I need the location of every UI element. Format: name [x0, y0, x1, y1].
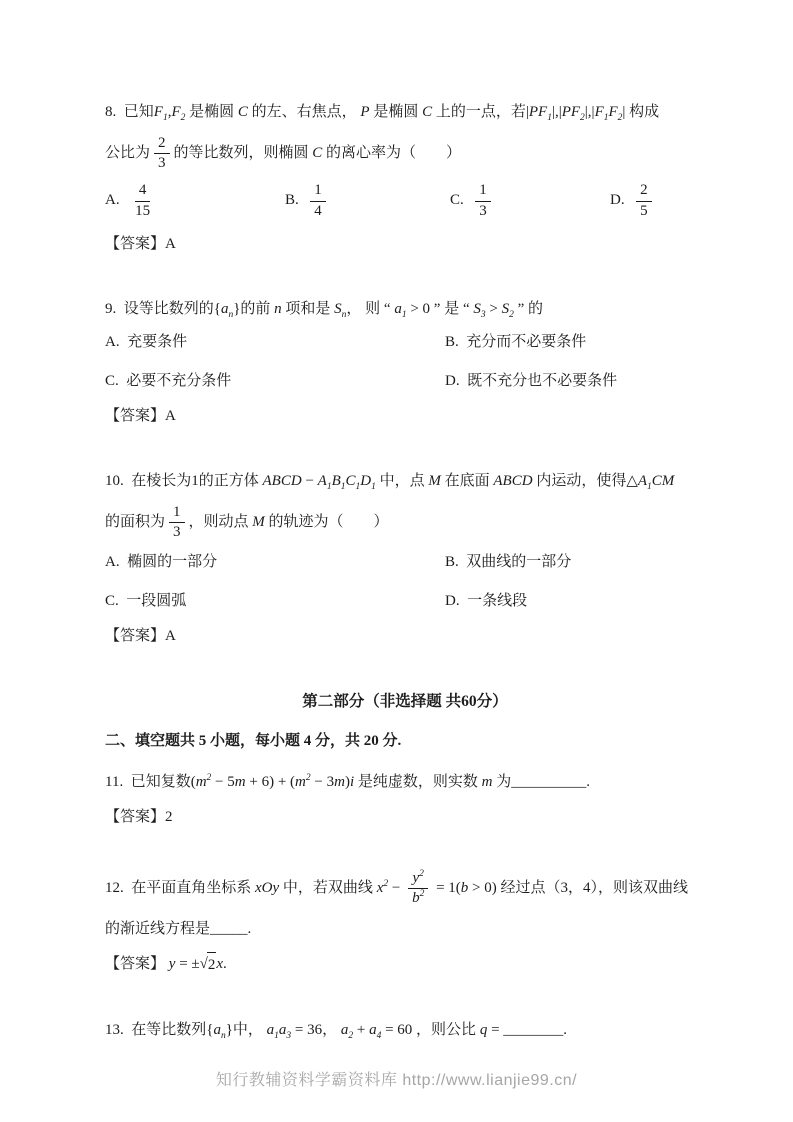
fraction: 13 — [475, 182, 491, 220]
math-var: CM — [652, 473, 675, 489]
subscript: 2 — [618, 113, 623, 123]
question-11-line-1: 11. 已知复数(m2 − 5m + 6) + (m2 − 3m)i 是纯虚数，… — [105, 770, 705, 795]
question-9-option-d: D. 既不充分也不必要条件 — [445, 370, 705, 393]
subscript: 3 — [481, 310, 486, 320]
question-13: 13. 在等比数列{an}中， a1a3 = 36， a2 + a4 = 60 … — [105, 1018, 705, 1043]
fraction-numerator: 1 — [310, 182, 326, 201]
fraction-denominator: 3 — [169, 523, 185, 541]
math-var: m — [196, 774, 207, 790]
subscript: n — [221, 1031, 226, 1041]
question-9-options: A. 充要条件 B. 充分而不必要条件 C. 必要不充分条件 D. 既不充分也不… — [105, 331, 705, 392]
question-9-option-a: A. 充要条件 — [105, 331, 445, 354]
fraction-numerator: 1 — [475, 182, 491, 201]
radical-body: 2 — [207, 952, 217, 978]
math-var: m — [482, 774, 493, 790]
math-var: b — [412, 890, 420, 906]
math-var: y — [169, 956, 176, 972]
math-var: xOy — [255, 880, 279, 896]
math-var: b — [461, 880, 469, 896]
fraction-numerator: 4 — [135, 182, 151, 201]
fraction: 415 — [131, 182, 154, 220]
question-8-option-d: D. 25 — [610, 182, 705, 220]
math-var: i — [350, 774, 354, 790]
question-10-option-b: B. 双曲线的一部分 — [445, 551, 705, 574]
subscript: 1 — [371, 482, 376, 492]
fraction-numerator: 2 — [636, 182, 652, 201]
exam-page: 8. 已知F1,F2 是椭圆 C 的左、右焦点， P 是椭圆 C 上的一点，若|… — [0, 0, 793, 1122]
question-8-answer: 【答案】A — [105, 232, 705, 257]
question-12-line-1: 12. 在平面直角坐标系 xOy 中，若双曲线 x2 − y2b2 = 1(b … — [105, 870, 705, 908]
question-10: 10. 在棱长为1的正方体 ABCD − A1B1C1D1 中，点 M 在底面 … — [105, 469, 705, 649]
superscript: 2 — [419, 869, 424, 879]
math-var: ABCD — [493, 473, 532, 489]
math-var: m — [295, 774, 306, 790]
fraction-denominator: 15 — [131, 202, 154, 220]
question-8: 8. 已知F1,F2 是椭圆 C 的左、右焦点， P 是椭圆 C 上的一点，若|… — [105, 100, 705, 257]
question-10-options: A. 椭圆的一部分 B. 双曲线的一部分 C. 一段圆弧 D. 一条线段 — [105, 551, 705, 612]
fraction-denominator: 4 — [310, 202, 326, 220]
superscript: 2 — [383, 879, 388, 889]
math-var: S — [473, 301, 481, 317]
fraction-denominator: 5 — [636, 202, 652, 220]
subscript: 4 — [377, 1031, 382, 1041]
question-10-line-2: 的面积为13，则动点 M 的轨迹为（ ） — [105, 504, 705, 542]
subscript: n — [228, 310, 233, 320]
question-9-option-b: B. 充分而不必要条件 — [445, 331, 705, 354]
fraction-numerator: 1 — [169, 504, 185, 523]
math-var: a — [394, 301, 402, 317]
fraction-denominator: 3 — [154, 154, 170, 172]
math-var: C — [422, 104, 432, 120]
subscript: 2 — [348, 1031, 353, 1041]
question-8-option-c: C. 13 — [450, 182, 610, 220]
math-var: S — [502, 301, 510, 317]
math-var: F — [171, 104, 180, 120]
fraction: 14 — [310, 182, 326, 220]
question-9-line-1: 9. 设等比数列的{an}的前 n 项和是 Sn， 则 “ a1 > 0 ” 是… — [105, 297, 705, 322]
math-var: D — [360, 473, 371, 489]
math-var: n — [274, 301, 282, 317]
fraction: y2b2 — [408, 870, 428, 908]
question-10-option-d: D. 一条线段 — [445, 590, 705, 613]
question-10-answer: 【答案】A — [105, 624, 705, 649]
math-var: P — [360, 104, 369, 120]
subscript: 1 — [402, 310, 407, 320]
math-var: M — [252, 514, 265, 530]
question-8-option-b: B. 14 — [285, 182, 450, 220]
math-var: A — [318, 473, 327, 489]
footer-watermark: 知行教辅资料学霸资料库 http://www.lianjie99.cn/ — [0, 1067, 793, 1090]
fraction: 23 — [154, 135, 170, 173]
question-8-line-1: 8. 已知F1,F2 是椭圆 C 的左、右焦点， P 是椭圆 C 上的一点，若|… — [105, 100, 705, 125]
question-8-option-a: A. 415 — [105, 182, 285, 220]
math-var: PF — [529, 104, 547, 120]
math-var: a — [213, 1022, 221, 1038]
subscript: 2 — [181, 113, 186, 123]
sqrt-radical: √2 — [200, 952, 217, 978]
math-var: ABCD — [263, 473, 302, 489]
fraction-denominator: 3 — [475, 202, 491, 220]
math-var: a — [369, 1022, 377, 1038]
subscript: 3 — [286, 1031, 291, 1041]
question-11: 11. 已知复数(m2 − 5m + 6) + (m2 − 3m)i 是纯虚数，… — [105, 770, 705, 830]
superscript: 2 — [306, 773, 311, 783]
fill-in-blank-header: 二、填空题共 5 小题，每小题 4 分，共 20 分. — [105, 729, 705, 750]
subscript: 1 — [547, 113, 552, 123]
math-var: F — [608, 104, 617, 120]
fraction-numerator: y2 — [408, 870, 427, 889]
fraction-denominator: b2 — [408, 889, 428, 907]
math-var: m — [334, 774, 345, 790]
question-8-line-2: 公比为23的等比数列，则椭圆 C 的离心率为（ ） — [105, 135, 705, 173]
math-var: F — [595, 104, 604, 120]
question-12: 12. 在平面直角坐标系 xOy 中，若双曲线 x2 − y2b2 = 1(b … — [105, 870, 705, 978]
subscript: 1 — [163, 113, 168, 123]
math-var: q — [480, 1022, 488, 1038]
fraction: 13 — [169, 504, 185, 542]
question-10-option-c: C. 一段圆弧 — [105, 590, 445, 613]
section-2-title: 第二部分（非选择题 共60分） — [105, 689, 705, 711]
question-9-option-c: C. 必要不充分条件 — [105, 370, 445, 393]
question-12-line-2: 的渐近线方程是_____. — [105, 917, 705, 942]
math-var: C — [238, 104, 248, 120]
fraction: 25 — [636, 182, 652, 220]
exam-content: 8. 已知F1,F2 是椭圆 C 的左、右焦点， P 是椭圆 C 上的一点，若|… — [105, 100, 705, 1082]
math-var: m — [235, 774, 246, 790]
question-9: 9. 设等比数列的{an}的前 n 项和是 Sn， 则 “ a1 > 0 ” 是… — [105, 297, 705, 430]
subscript: 2 — [580, 113, 585, 123]
math-var: x — [216, 956, 223, 972]
math-var: C — [346, 473, 356, 489]
question-13-line-1: 13. 在等比数列{an}中， a1a3 = 36， a2 + a4 = 60 … — [105, 1018, 705, 1043]
math-var: B — [332, 473, 341, 489]
math-var: PF — [562, 104, 580, 120]
math-var: F — [154, 104, 163, 120]
math-var: S — [334, 301, 342, 317]
math-var: A — [638, 473, 647, 489]
question-12-answer: 【答案】 y = ±√2x. — [105, 952, 705, 978]
question-10-line-1: 10. 在棱长为1的正方体 ABCD − A1B1C1D1 中，点 M 在底面 … — [105, 469, 705, 494]
question-9-answer: 【答案】A — [105, 404, 705, 429]
subscript: 2 — [509, 310, 514, 320]
fraction-numerator: 2 — [154, 135, 170, 154]
question-10-option-a: A. 椭圆的一部分 — [105, 551, 445, 574]
math-var: C — [312, 145, 322, 161]
superscript: 2 — [207, 773, 212, 783]
math-var: M — [428, 473, 441, 489]
question-11-answer: 【答案】2 — [105, 805, 705, 830]
question-8-options: A. 415 B. 14 C. 13 D. 25 — [105, 182, 705, 220]
subscript: n — [342, 310, 347, 320]
superscript: 2 — [420, 889, 425, 899]
